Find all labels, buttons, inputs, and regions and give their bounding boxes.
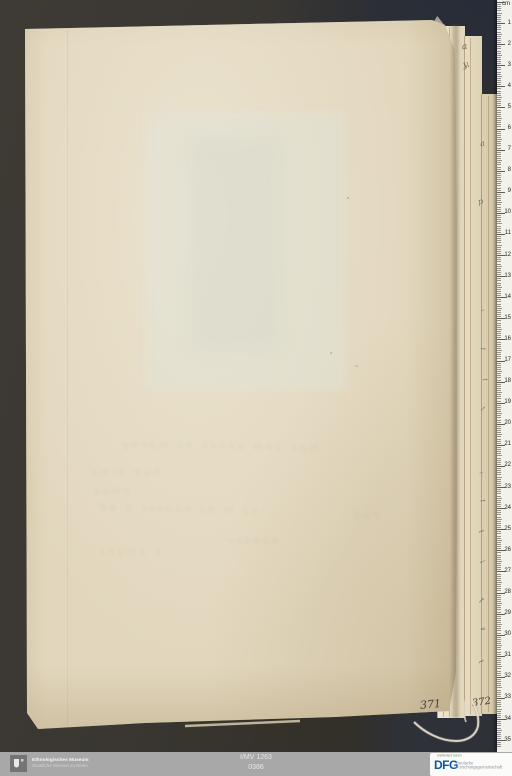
ruler-tick bbox=[497, 209, 501, 210]
ruler-tick bbox=[497, 711, 501, 712]
ruler-tick bbox=[497, 696, 501, 697]
ruler-tick bbox=[497, 160, 502, 161]
ruler-tick bbox=[497, 565, 501, 566]
ruler-tick bbox=[497, 514, 501, 515]
album-page: mon uum annes nu mprnyhun nimonmasuy m n… bbox=[25, 17, 457, 729]
ruler-tick bbox=[497, 616, 501, 617]
ruler-tick bbox=[497, 217, 501, 218]
ruler-tick bbox=[497, 173, 501, 174]
ruler-tick bbox=[497, 320, 501, 321]
ruler-tick bbox=[497, 481, 501, 482]
ruler-tick bbox=[497, 76, 502, 77]
ruler-tick bbox=[497, 301, 501, 302]
ruler-number: 28 bbox=[504, 589, 511, 596]
ruler-tick bbox=[497, 8, 501, 9]
ruler-tick bbox=[497, 569, 501, 570]
ruler-tick bbox=[497, 624, 502, 625]
ruler-tick bbox=[497, 295, 501, 296]
ruler-tick bbox=[497, 261, 501, 262]
ruler-number: 27 bbox=[504, 568, 511, 575]
ruler-tick bbox=[497, 29, 501, 30]
ruler-tick bbox=[497, 377, 501, 378]
ruler-tick bbox=[497, 304, 501, 305]
ruler-number: 25 bbox=[504, 526, 511, 533]
ruler-tick bbox=[497, 742, 501, 743]
ruler-tick bbox=[497, 485, 501, 486]
ruler-tick bbox=[497, 116, 501, 117]
ruler-tick bbox=[497, 310, 501, 311]
ruler-tick bbox=[497, 432, 501, 433]
ruler-tick bbox=[497, 257, 501, 258]
ruler-tick bbox=[497, 69, 501, 70]
ruler-tick bbox=[497, 148, 501, 149]
ruler-tick bbox=[497, 171, 505, 172]
ruler-tick bbox=[497, 228, 501, 229]
ruler-tick bbox=[497, 439, 501, 440]
ruler-tick bbox=[497, 422, 501, 423]
ruler-tick bbox=[497, 430, 501, 431]
ruler-tick bbox=[497, 59, 501, 60]
ruler-tick bbox=[497, 704, 501, 705]
ruler-tick bbox=[497, 40, 501, 41]
ruler-tick bbox=[497, 738, 501, 739]
ruler-tick bbox=[497, 709, 502, 710]
ruler-tick bbox=[497, 51, 501, 52]
ruler-number: 26 bbox=[504, 547, 511, 554]
ruler-tick bbox=[497, 97, 502, 98]
ruler-tick bbox=[497, 72, 501, 73]
ruler-tick bbox=[497, 590, 501, 591]
ruler-tick bbox=[497, 580, 501, 581]
ruler-tick bbox=[497, 329, 502, 330]
ruler-tick bbox=[497, 137, 501, 138]
ruler-tick bbox=[497, 192, 505, 193]
handwriting-showthrough-layer: mon uum annes nu mprnyhun nimonmasuy m n… bbox=[25, 17, 457, 729]
ruler-number: 2 bbox=[508, 41, 511, 48]
ruler-tick bbox=[497, 477, 502, 478]
ruler-tick bbox=[497, 348, 501, 349]
ruler-tick bbox=[497, 557, 501, 558]
funder-name: Deutsche Forschungsgemeinschaft bbox=[456, 761, 502, 770]
ruler-tick bbox=[497, 154, 501, 155]
ruler-tick bbox=[497, 356, 501, 357]
ruler-tick bbox=[497, 346, 501, 347]
paper-speck bbox=[355, 365, 358, 367]
ruler-number: 23 bbox=[504, 484, 511, 491]
ruler-tick bbox=[497, 500, 501, 501]
ruler-tick bbox=[497, 143, 501, 144]
ruler-tick bbox=[497, 158, 501, 159]
paper-speck bbox=[347, 197, 349, 199]
ruler-tick bbox=[497, 533, 501, 534]
ruler-tick bbox=[497, 692, 501, 693]
ruler-tick bbox=[497, 647, 501, 648]
ruler-tick bbox=[497, 649, 501, 650]
ruler-tick bbox=[497, 358, 501, 359]
ruler-tick bbox=[497, 46, 501, 47]
ruler-tick bbox=[497, 721, 501, 722]
ruler-tick bbox=[497, 679, 501, 680]
ruler-tick bbox=[497, 23, 505, 24]
ruler-tick bbox=[497, 586, 501, 587]
ruler-tick bbox=[497, 124, 501, 125]
ruler-tick bbox=[497, 441, 501, 442]
ruler-tick bbox=[497, 641, 501, 642]
ruler-tick bbox=[497, 420, 501, 421]
ruler-tick bbox=[497, 599, 501, 600]
ruler-tick bbox=[497, 122, 501, 123]
ruler-number: 18 bbox=[504, 378, 511, 385]
ruler-tick bbox=[497, 251, 501, 252]
ruler-tick bbox=[497, 479, 501, 480]
ink-showthrough: Pnd bbox=[351, 510, 380, 522]
ruler-tick bbox=[497, 373, 501, 374]
ruler-tick bbox=[497, 19, 501, 20]
ruler-tick bbox=[497, 639, 501, 640]
ruler-tick bbox=[497, 493, 501, 494]
ruler-tick bbox=[497, 451, 501, 452]
ruler-tick bbox=[497, 605, 501, 606]
ink-showthrough: nmas bbox=[91, 486, 130, 497]
ruler-tick bbox=[497, 609, 501, 610]
ruler-tick bbox=[497, 447, 501, 448]
ruler-tick bbox=[497, 179, 501, 180]
ruler-tick bbox=[497, 496, 501, 497]
ruler-tick bbox=[497, 563, 501, 564]
ruler-tick bbox=[497, 135, 501, 136]
ruler-tick bbox=[497, 523, 501, 524]
ruler-number: 3 bbox=[508, 62, 511, 69]
ink-showthrough: uy m ns nausse n nd bbox=[97, 503, 258, 517]
ruler-tick bbox=[497, 405, 501, 406]
ruler-tick bbox=[497, 746, 501, 747]
ruler-tick bbox=[497, 417, 501, 418]
ruler-tick bbox=[497, 240, 501, 241]
ruler-tick bbox=[497, 145, 501, 146]
ruler-tick bbox=[497, 245, 502, 246]
ruler-tick bbox=[497, 331, 501, 332]
ruler-number: 34 bbox=[504, 716, 511, 723]
ruler-tick bbox=[497, 574, 501, 575]
ruler-tick bbox=[497, 156, 501, 157]
ruler-number: 17 bbox=[504, 357, 511, 364]
ruler-tick bbox=[497, 428, 501, 429]
ruler-tick bbox=[497, 350, 502, 351]
ruler-tick bbox=[497, 436, 501, 437]
ruler-tick bbox=[497, 131, 501, 132]
ruler-tick bbox=[497, 200, 501, 201]
ruler-tick bbox=[497, 460, 501, 461]
ruler-tick bbox=[497, 27, 501, 28]
funding-note: Gefördert durch bbox=[437, 754, 462, 758]
ruler-tick bbox=[497, 567, 501, 568]
ruler-tick bbox=[497, 169, 501, 170]
ruler-tick bbox=[497, 700, 501, 701]
ruler-tick bbox=[497, 61, 501, 62]
ruler-tick bbox=[497, 55, 502, 56]
ruler-tick bbox=[497, 306, 501, 307]
ruler-tick bbox=[497, 198, 501, 199]
ruler-tick bbox=[497, 365, 501, 366]
ruler-tick bbox=[497, 652, 501, 653]
ruler-tick bbox=[497, 384, 501, 385]
ruler-tick bbox=[497, 622, 501, 623]
ruler-tick bbox=[497, 717, 501, 718]
ruler-tick bbox=[497, 114, 501, 115]
ruler-tick bbox=[497, 183, 501, 184]
ruler-tick bbox=[497, 42, 501, 43]
ruler-tick bbox=[497, 559, 501, 560]
ruler-tick bbox=[497, 510, 501, 511]
ruler-tick bbox=[497, 744, 501, 745]
ruler-tick bbox=[497, 681, 501, 682]
ruler-number: 1 bbox=[508, 20, 511, 27]
ruler-tick bbox=[497, 249, 501, 250]
ruler-tick bbox=[497, 112, 501, 113]
ruler-tick bbox=[497, 88, 501, 89]
ruler-tick bbox=[497, 398, 501, 399]
ruler-tick bbox=[497, 17, 501, 18]
ruler-tick bbox=[497, 401, 501, 402]
ruler-tick bbox=[497, 597, 501, 598]
ruler-tick bbox=[497, 666, 502, 667]
ruler-tick bbox=[497, 74, 501, 75]
ruler-tick bbox=[497, 671, 501, 672]
ruler-tick bbox=[497, 293, 501, 294]
ruler-tick bbox=[497, 728, 501, 729]
ruler-tick bbox=[497, 512, 501, 513]
ruler-tick bbox=[497, 462, 501, 463]
ruler-tick bbox=[497, 270, 501, 271]
ruler-tick bbox=[497, 36, 501, 37]
ruler-tick bbox=[497, 167, 501, 168]
ruler-tick bbox=[497, 474, 501, 475]
ruler-tick bbox=[497, 626, 501, 627]
ruler-tick bbox=[497, 53, 501, 54]
ruler-tick bbox=[497, 86, 505, 87]
ruler-tick bbox=[497, 371, 502, 372]
ruler-tick bbox=[497, 536, 501, 537]
ruler-tick bbox=[497, 327, 501, 328]
ruler-number: 16 bbox=[504, 336, 511, 343]
ruler-tick bbox=[497, 57, 501, 58]
ruler-tick bbox=[497, 266, 502, 267]
ruler-tick bbox=[497, 620, 501, 621]
ruler-tick bbox=[497, 118, 502, 119]
ruler-tick bbox=[497, 236, 501, 237]
ruler-tick bbox=[497, 367, 501, 368]
ruler-tick bbox=[497, 595, 501, 596]
ruler-tick bbox=[497, 725, 501, 726]
ruler-tick bbox=[497, 386, 501, 387]
ruler-tick bbox=[497, 181, 502, 182]
ruler-tick bbox=[497, 80, 501, 81]
ruler-tick bbox=[497, 6, 501, 7]
ruler-tick bbox=[497, 185, 501, 186]
ruler-tick bbox=[497, 152, 501, 153]
ruler-tick bbox=[497, 175, 501, 176]
ruler-tick bbox=[497, 531, 501, 532]
ruler-tick bbox=[497, 633, 501, 634]
ruler-tick bbox=[497, 455, 502, 456]
ruler-tick bbox=[497, 363, 501, 364]
ruler-tick bbox=[497, 211, 501, 212]
ruler-tick bbox=[497, 388, 501, 389]
ruler-tick bbox=[497, 287, 502, 288]
ruler-tick bbox=[497, 78, 501, 79]
ruler-tick bbox=[497, 48, 501, 49]
ruler-tick bbox=[497, 730, 502, 731]
ruler-number: 20 bbox=[504, 420, 511, 427]
ruler-tick bbox=[497, 196, 501, 197]
ruler-tick bbox=[497, 443, 501, 444]
ruler-tick bbox=[497, 584, 501, 585]
ruler-number: 10 bbox=[504, 209, 511, 216]
ruler-tick bbox=[497, 685, 501, 686]
ruler-tick bbox=[497, 105, 501, 106]
ruler-number: 5 bbox=[508, 104, 511, 111]
ruler-tick bbox=[497, 226, 501, 227]
ruler-tick bbox=[497, 84, 501, 85]
ruler-tick bbox=[497, 219, 501, 220]
ruler-tick bbox=[497, 129, 505, 130]
ruler-tick bbox=[497, 690, 501, 691]
ruler-tick bbox=[497, 314, 501, 315]
ruler-tick bbox=[497, 308, 502, 309]
ruler-tick bbox=[497, 215, 501, 216]
ruler-tick bbox=[497, 2, 505, 3]
ruler-tick bbox=[497, 601, 501, 602]
ruler-tick bbox=[497, 390, 501, 391]
ruler-tick bbox=[497, 93, 501, 94]
ruler-tick bbox=[497, 232, 501, 233]
ruler-tick bbox=[497, 291, 501, 292]
ruler-tick bbox=[497, 643, 501, 644]
ruler-tick bbox=[497, 380, 501, 381]
ruler-number: 30 bbox=[504, 631, 511, 638]
ruler-tick bbox=[497, 675, 501, 676]
ruler-tick bbox=[497, 207, 501, 208]
ruler-number: 14 bbox=[504, 294, 511, 301]
ruler-tick bbox=[497, 344, 501, 345]
ruler-tick bbox=[497, 694, 501, 695]
ruler-tick bbox=[497, 337, 501, 338]
ruler-tick bbox=[497, 223, 502, 224]
ruler-tick bbox=[497, 289, 501, 290]
ruler-tick bbox=[497, 139, 502, 140]
ruler-tick bbox=[497, 283, 501, 284]
ruler-tick bbox=[497, 65, 505, 66]
ruler-tick bbox=[497, 449, 501, 450]
ruler-tick bbox=[497, 407, 501, 408]
dfg-logo: DFG bbox=[434, 758, 458, 772]
ruler-tick bbox=[497, 234, 505, 235]
ruler-tick bbox=[497, 101, 501, 102]
ruler-number: 33 bbox=[504, 694, 511, 701]
ruler-tick bbox=[497, 99, 501, 100]
ruler-tick bbox=[497, 394, 501, 395]
ruler-tick bbox=[497, 120, 501, 121]
ruler-tick bbox=[497, 242, 501, 243]
ruler-number: 7 bbox=[508, 146, 511, 153]
ruler-tick bbox=[497, 150, 505, 151]
ruler-tick bbox=[497, 274, 501, 275]
scan-viewport: mon uum annes nu mprnyhun nimonmasuy m n… bbox=[0, 0, 512, 776]
ruler-tick bbox=[497, 525, 501, 526]
ruler-tick bbox=[497, 285, 501, 286]
ruler-tick bbox=[497, 103, 501, 104]
ruler-tick bbox=[497, 280, 501, 281]
paper-speck bbox=[330, 352, 332, 354]
ruler-tick bbox=[497, 702, 501, 703]
edge-mark: → bbox=[480, 497, 487, 505]
ruler-tick bbox=[497, 453, 501, 454]
ruler-tick bbox=[497, 732, 501, 733]
ruler-tick bbox=[497, 434, 502, 435]
ruler-tick bbox=[497, 552, 501, 553]
ruler-tick bbox=[497, 141, 501, 142]
ruler-tick bbox=[497, 82, 501, 83]
ruler-number: 4 bbox=[508, 83, 511, 90]
ruler-number: 21 bbox=[504, 441, 511, 448]
ruler-tick bbox=[497, 25, 501, 26]
ruler-tick bbox=[497, 713, 501, 714]
ruler-number: 11 bbox=[505, 230, 511, 237]
ruler-tick bbox=[497, 392, 502, 393]
ruler-tick bbox=[497, 464, 501, 465]
ruler-tick bbox=[497, 194, 501, 195]
ruler-number: 15 bbox=[504, 315, 511, 322]
ruler-tick bbox=[497, 578, 501, 579]
ruler-tick bbox=[497, 190, 501, 191]
ruler-tick bbox=[497, 458, 501, 459]
ruler-tick bbox=[497, 630, 501, 631]
page-stack-edge bbox=[481, 94, 498, 714]
ruler-tick bbox=[497, 521, 501, 522]
ruler-tick bbox=[497, 409, 501, 410]
page-edge-line bbox=[488, 96, 489, 712]
ruler-tick bbox=[497, 542, 501, 543]
ruler-tick bbox=[497, 188, 501, 189]
ruler-tick bbox=[497, 483, 501, 484]
ruler-tick bbox=[497, 673, 501, 674]
ruler-tick bbox=[497, 342, 501, 343]
ruler-tick bbox=[497, 264, 501, 265]
ruler-tick bbox=[497, 164, 501, 165]
ruler-tick bbox=[497, 38, 501, 39]
ruler-tick bbox=[497, 247, 501, 248]
ruler-tick bbox=[497, 687, 502, 688]
ruler-tick bbox=[497, 221, 501, 222]
ruler-tick bbox=[497, 603, 502, 604]
ruler-tick bbox=[497, 664, 501, 665]
ruler-tick bbox=[497, 272, 501, 273]
ruler-tick bbox=[497, 15, 501, 16]
ruler-tick bbox=[497, 312, 501, 313]
page-edge-line bbox=[470, 38, 471, 714]
ruler-tick bbox=[497, 706, 501, 707]
ruler-tick bbox=[497, 34, 502, 35]
edge-mark: → bbox=[482, 376, 489, 384]
ruler-tick bbox=[497, 498, 502, 499]
ruler-number: 13 bbox=[504, 273, 511, 280]
ruler-tick bbox=[497, 63, 501, 64]
ruler-tick bbox=[497, 202, 502, 203]
ruler-tick bbox=[497, 278, 501, 279]
ruler-tick bbox=[497, 352, 501, 353]
ruler-tick bbox=[497, 491, 501, 492]
ruler-tick bbox=[497, 628, 501, 629]
